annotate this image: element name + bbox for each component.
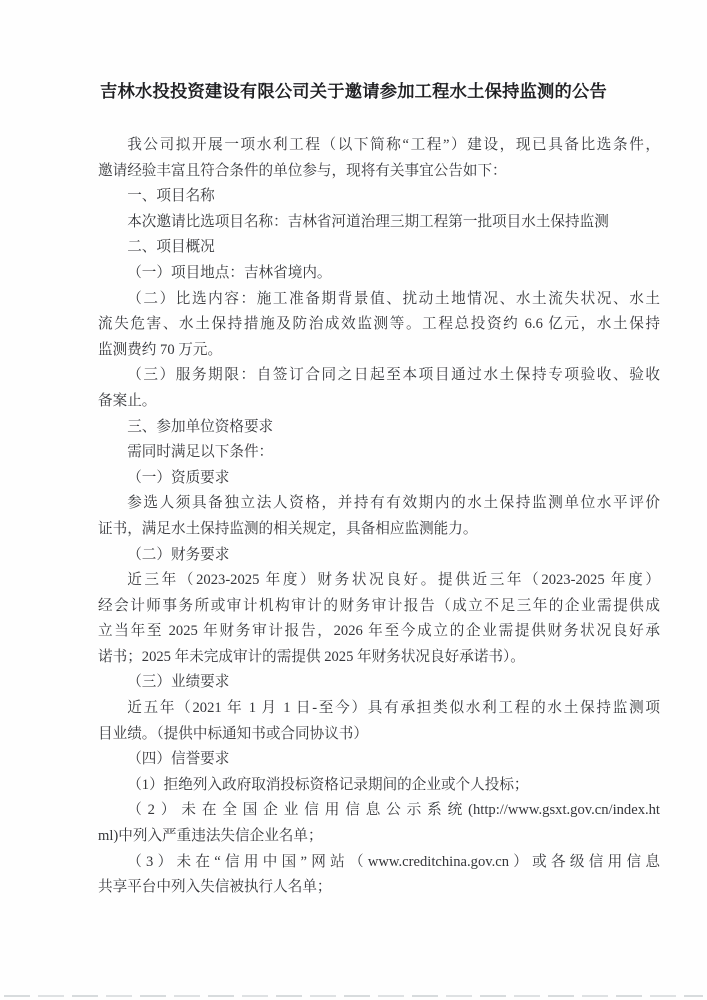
document-line: ml)中列入严重违法失信企业名单； xyxy=(98,824,660,850)
document-line: 需同时满足以下条件： xyxy=(98,440,660,466)
document-line: 二、项目概况 xyxy=(98,235,660,261)
document-line: 近五年（2021 年 1 月 1 日-至今）具有承担类似水利工程的水土保持监测项 xyxy=(98,696,660,722)
document-page: 吉林水投投资建设有限公司关于邀请参加工程水土保持监测的公告 我公司拟开展一项水利… xyxy=(0,0,707,1000)
document-line: 共享平台中列入失信被执行人名单； xyxy=(98,875,660,901)
document-line: 三、参加单位资格要求 xyxy=(98,415,660,441)
document-line: 邀请经验丰富且符合条件的单位参与，现将有关事宜公告如下： xyxy=(98,159,660,185)
document-line: （1）拒绝列入政府取消投标资格记录期间的企业或个人投标； xyxy=(98,773,660,799)
document-line: 参选人须具备独立法人资格，并持有有效期内的水土保持监测单位水平评价 xyxy=(98,491,660,517)
document-line: 本次邀请比选项目名称：吉林省河道治理三期工程第一批项目水土保持监测 xyxy=(98,210,660,236)
document-line: 我公司拟开展一项水利工程（以下简称“工程”）建设，现已具备比选条件， xyxy=(98,133,660,159)
document-line: 经会计师事务所或审计机构审计的财务审计报告（成立不足三年的企业需提供成 xyxy=(98,594,660,620)
document-line: （三）业绩要求 xyxy=(98,670,660,696)
document-line: 监测费约 70 万元。 xyxy=(98,338,660,364)
document-title: 吉林水投投资建设有限公司关于邀请参加工程水土保持监测的公告 xyxy=(0,0,707,102)
document-line: （四）信誉要求 xyxy=(98,747,660,773)
document-line: 目业绩。（提供中标通知书或合同协议书） xyxy=(98,722,660,748)
document-line: 立当年至 2025 年财务审计报告，2026 年至今成立的企业需提供财务状况良好… xyxy=(98,619,660,645)
document-body: 我公司拟开展一项水利工程（以下简称“工程”）建设，现已具备比选条件，邀请经验丰富… xyxy=(98,133,660,901)
document-line: （一）项目地点：吉林省境内。 xyxy=(98,261,660,287)
document-line: 流失危害、水土保持措施及防治成效监测等。工程总投资约 6.6 亿元，水土保持 xyxy=(98,312,660,338)
document-line: 近三年（2023-2025 年度）财务状况良好。提供近三年（2023-2025 … xyxy=(98,568,660,594)
document-line: （一）资质要求 xyxy=(98,466,660,492)
document-line: （二）财务要求 xyxy=(98,543,660,569)
document-line: （二）比选内容：施工准备期背景值、扰动土地情况、水土流失状况、水土 xyxy=(98,287,660,313)
scan-artifact-line xyxy=(4,995,703,997)
document-line: （2）未在全国企业信用信息公示系统(http://www.gsxt.gov.cn… xyxy=(98,798,660,824)
document-line: 备案止。 xyxy=(98,389,660,415)
document-line: （三）服务期限：自签订合同之日起至本项目通过水土保持专项验收、验收 xyxy=(98,363,660,389)
document-line: 证书，满足水土保持监测的相关规定，具备相应监测能力。 xyxy=(98,517,660,543)
document-line: 一、项目名称 xyxy=(98,184,660,210)
document-line: （3）未在“信用中国”网站（www.creditchina.gov.cn）或各级… xyxy=(98,850,660,876)
document-line: 诺书；2025 年未完成审计的需提供 2025 年财务状况良好承诺书）。 xyxy=(98,645,660,671)
